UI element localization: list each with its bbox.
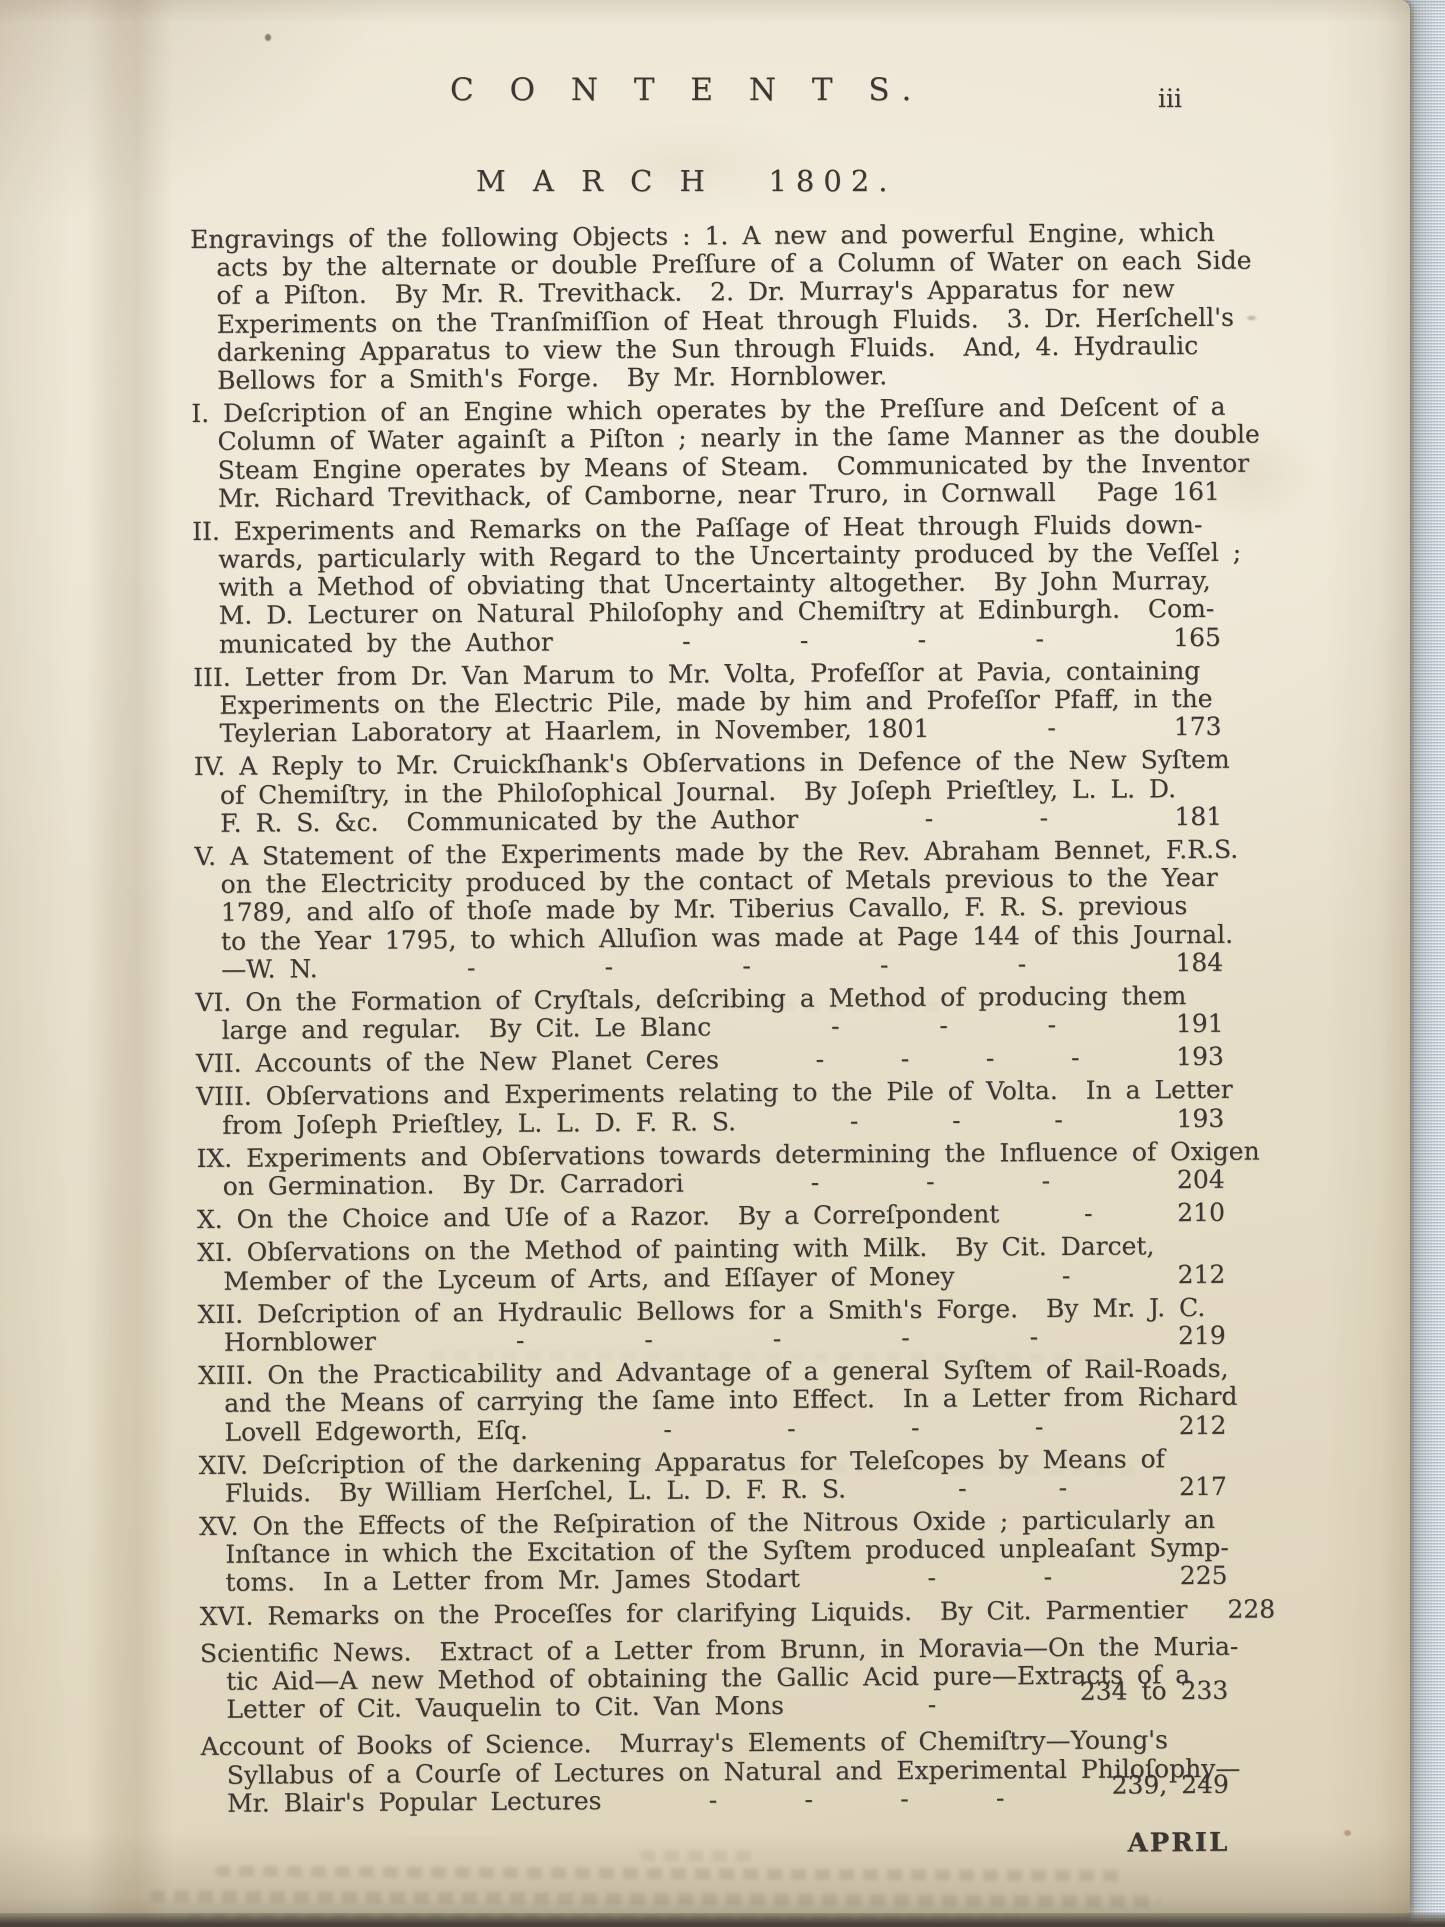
toc-line-text: on Germination. By Dr. Carradori [223,1170,684,1201]
dash-leader: - [784,1690,1080,1720]
leader-dash: - [831,1013,840,1041]
dash-leader: - [954,1261,1177,1291]
page-number: 212 [1179,1411,1227,1440]
page-number: 193 [1176,1104,1224,1133]
leader-dash: - [516,1327,525,1355]
toc-line-text: Letter of Cit. Vauquelin to Cit. Van Mon… [226,1692,784,1724]
dash-leader: --- [711,1010,1176,1041]
leader-dash: - [663,1415,672,1443]
toc-line: X. On the Choice and Uſe of a Razor. By … [197,1199,1225,1234]
leader-dash: - [816,1046,825,1074]
toc-line: Mr. Richard Trevithack, of Camborne, nea… [192,478,1220,513]
dash-leader: -- [800,1563,1180,1594]
dash-leader: ----- [318,949,1176,983]
toc-entry: XII. Deſcription of an Hydraulic Bellows… [198,1294,1226,1358]
leader-dash: - [939,1012,948,1040]
leader-dash: - [986,1045,995,1073]
toc-line: Bellows for a Smith's Forge. By Mr. Horn… [191,360,1219,395]
dash-leader: ----- [376,1322,1178,1356]
leader-dash: - [1047,714,1056,742]
book-scan-photo: { "header": { "title": "C O N T E N T S.… [0,0,1445,1927]
leader-dash: - [1058,1474,1067,1502]
toc-line: VII. Accounts of the New Planet Ceres---… [196,1043,1224,1078]
page-number: 184 [1175,948,1223,977]
leader-dash: - [1084,1200,1093,1228]
leader-dash: - [1039,804,1048,832]
leader-dash: - [952,1106,961,1134]
toc-line: XVI. Remarks on the Proceſſes for clarif… [200,1595,1228,1630]
leader-dash: - [1018,950,1027,978]
page-number: 181 [1174,803,1222,832]
toc-entry: VII. Accounts of the New Planet Ceres---… [196,1043,1224,1078]
leader-dash: - [1035,625,1044,653]
toc-line: Teylerian Laboratory at Haarlem, in Nove… [193,713,1221,748]
dash-leader: --- [684,1166,1177,1198]
page-number: 225 [1180,1562,1228,1591]
leader-dash: - [787,1414,796,1442]
toc-line-text: Member of the Lyceum of Arts, and Eſſaye… [223,1262,954,1295]
toc-entry: Scientific News. Extract of a Letter fro… [200,1633,1229,1725]
leader-dash: - [682,627,691,655]
page-number: 239, 249 [1111,1771,1229,1800]
leader-dash: - [918,625,927,653]
toc-line-text: Lovell Edgeworth, Eſq. [224,1416,528,1446]
toc-line-text: X. On the Choice and Uſe of a Razor. By … [197,1201,1000,1235]
page-number: 173 [1174,713,1222,742]
toc-line: toms. In a Letter from Mr. James Stodart… [199,1562,1227,1597]
page-folio-number: iii [1158,84,1182,113]
toc-entry: XIV. Deſcription of the darkening Appara… [199,1444,1227,1508]
toc-entry: XIII. On the Practicability and Advantag… [198,1355,1227,1447]
toc-entry: IV. A Reply to Mr. Cruickſhank's Obſerva… [194,746,1223,838]
toc-entry: X. On the Choice and Uſe of a Razor. By … [197,1199,1225,1234]
ink-speck [1247,316,1256,320]
page-number: 204 [1177,1166,1225,1195]
leader-dash: - [928,1691,937,1719]
dash-leader: - [999,1199,1177,1228]
leader-dash: - [900,1785,909,1813]
toc-line: Letter of Cit. Vauquelin to Cit. Van Mon… [200,1689,1228,1724]
page-number: 217 [1179,1473,1227,1502]
leader-dash: - [773,1325,782,1353]
toc-line-text: Teylerian Laboratory at Haarlem, in Nove… [219,715,929,748]
leader-dash: - [958,1474,967,1502]
leader-dash: - [1047,1011,1056,1039]
dash-leader: ---- [553,624,1174,657]
page-number: 234 to 233 [1080,1677,1229,1706]
dash-leader: ---- [719,1043,1176,1074]
page-number: Page 161 [1097,478,1220,507]
leader-dash: - [804,1785,813,1813]
page-number: 228 [1227,1595,1275,1624]
toc-line-text: Mr. Richard Trevithack, of Camborne, nea… [218,479,1056,513]
leader-dash: - [467,954,476,982]
leader-dash: - [1035,1413,1044,1441]
leader-dash: - [1041,1167,1050,1195]
toc-entries: Engravings of the following Objects : 1.… [190,219,1229,1818]
toc-line: —W. N.-----184 [195,948,1223,983]
leader-dash: - [742,952,751,980]
dash-leader: -- [846,1473,1179,1504]
leader-dash: - [880,951,889,979]
toc-entry: II. Experiments and Remarks on the Paſſa… [192,511,1221,659]
page-title: C O N T E N T S. [450,72,924,108]
toc-line-text: F. R. S. &c. Communicated by the Author [220,806,798,838]
leader-dash: - [926,1168,935,1196]
toc-line-text: VII. Accounts of the New Planet Ceres [196,1047,719,1079]
leader-dash: - [901,1324,910,1352]
leader-dash: - [925,805,934,833]
toc-line: municated by the Author----165 [193,623,1221,658]
page-number: 219 [1178,1322,1226,1351]
photo-bottom-shadow [0,1913,1445,1927]
toc-line: Mr. Blair's Popular Lectures----239, 249 [201,1783,1229,1818]
leader-dash: - [901,1045,910,1073]
month-heading: M A R C H 1802. [476,164,897,198]
toc-entry: VIII. Obſervations and Experiments relat… [196,1076,1224,1140]
toc-entry: IX. Experiments and Obſervations towards… [196,1138,1224,1202]
toc-entry: Engravings of the following Objects : 1.… [190,219,1219,395]
leader-dash: - [709,1786,718,1814]
page-number: 193 [1176,1043,1224,1072]
toc-line-text: large and regular. By Cit. Le Blanc [222,1013,712,1045]
leader-dash: - [996,1784,1005,1812]
leader-dash: - [850,1107,859,1135]
ink-speck [1344,1830,1351,1836]
leader-dash: - [1071,1044,1080,1072]
toc-line-text: —W. N. [221,955,318,984]
toc-entry: Account of Books of Science. Murray's El… [201,1726,1230,1818]
leader-dash: - [1043,1563,1052,1591]
toc-line: Hornblower-----219 [198,1322,1226,1357]
toc-line-text: Fluids. By William Herſchel, L. L. D. F.… [225,1475,846,1508]
leader-dash: - [1054,1106,1063,1134]
leader-dash: - [1030,1323,1039,1351]
toc-line-text: municated by the Author [219,628,553,659]
leader-dash: - [811,1169,820,1197]
toc-entry: III. Letter from Dr. Van Marum to Mr. Vo… [193,657,1222,749]
toc-line-text: XVI. Remarks on the Proceſſes for clarif… [200,1596,1188,1631]
leader-dash: - [604,953,613,981]
toc-entry: VI. On the Formation of Cryſtals, deſcri… [195,982,1223,1046]
dash-leader: ---- [528,1412,1179,1445]
toc-line-text: toms. In a Letter from Mr. James Stodart [225,1565,800,1597]
toc-entry: V. A Statement of the Experiments made b… [194,836,1223,984]
toc-line: F. R. S. &c. Communicated by the Author-… [194,803,1222,838]
dash-leader: --- [736,1105,1177,1136]
ink-speck [265,34,271,41]
toc-entry: I. Deſcription of an Engine which operat… [191,393,1220,513]
leader-dash: - [911,1413,920,1441]
toc-line: Lovell Edgeworth, Eſq.----212 [198,1411,1226,1446]
toc-line: Member of the Lyceum of Arts, and Eſſaye… [197,1260,1225,1295]
leader-dash: - [800,626,809,654]
page-number: 210 [1177,1199,1225,1228]
leader-dash: - [1062,1261,1071,1289]
toc-line-text: Hornblower [224,1328,376,1357]
toc-line-text: Mr. Blair's Popular Lectures [227,1787,602,1818]
page-number: 212 [1178,1260,1226,1289]
toc-line: from Joſeph Prieſtley, L. L. D. F. R. S.… [196,1104,1224,1139]
page-number: 191 [1176,1010,1224,1039]
dash-leader: ---- [601,1783,1111,1815]
toc-line: on Germination. By Dr. Carradori---204 [197,1166,1225,1201]
toc-entry: XV. On the Effects of the Reſpiration of… [199,1506,1228,1598]
toc-line: large and regular. By Cit. Le Blanc---19… [196,1010,1224,1045]
toc-line: Fluids. By William Herſchel, L. L. D. F.… [199,1473,1227,1508]
leader-dash: - [644,1326,653,1354]
dash-leader: -- [798,803,1174,834]
toc-entry: XVI. Remarks on the Proceſſes for clarif… [200,1595,1228,1630]
toc-entry: XI. Obſervations on the Method of painti… [197,1232,1225,1296]
toc-body: Engravings of the following Objects : 1.… [190,219,1229,1864]
page-number: 165 [1173,623,1221,652]
toc-line-text: from Joſeph Prieſtley, L. L. D. F. R. S. [222,1108,736,1140]
dash-leader: - [929,713,1174,743]
leader-dash: - [927,1564,936,1592]
